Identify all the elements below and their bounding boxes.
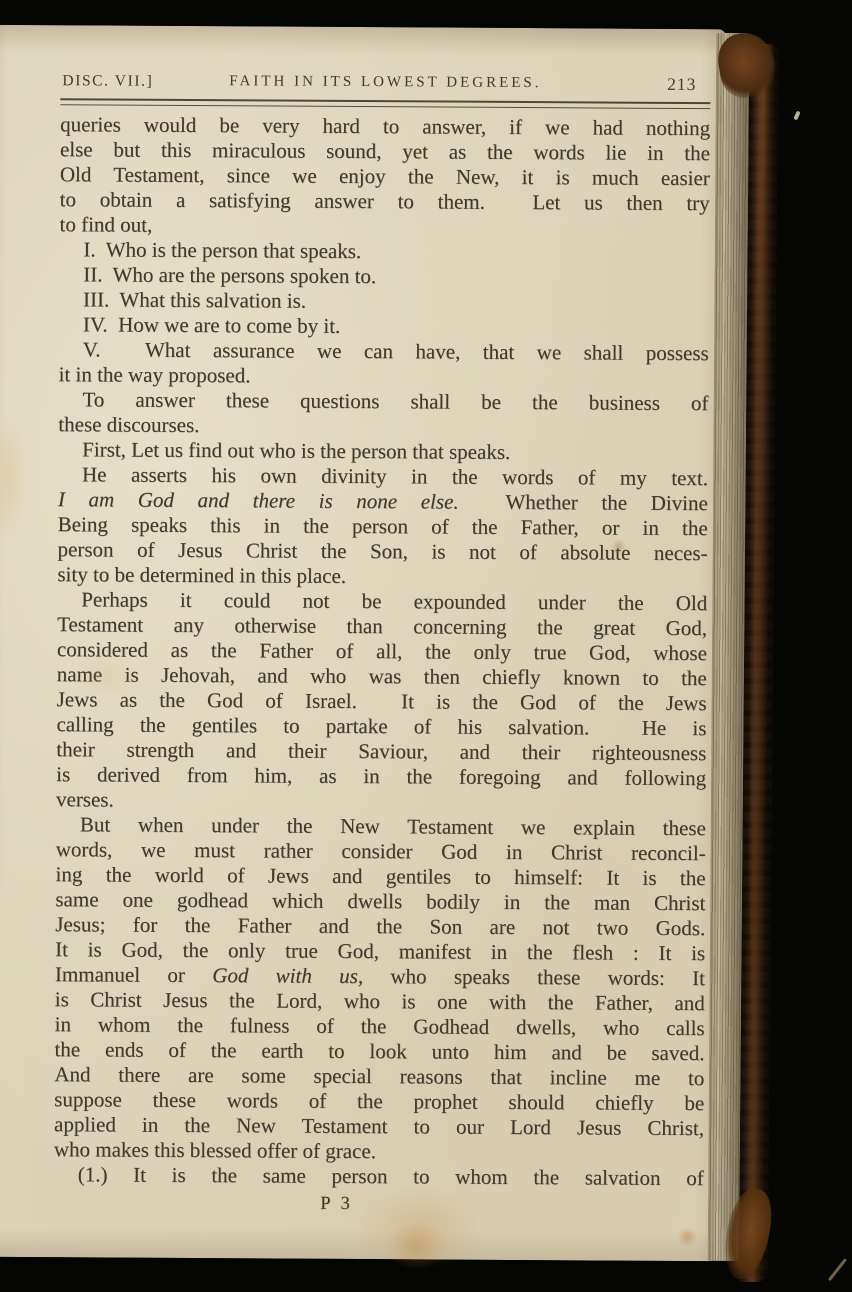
page-header: DISC. VII.] FAITH IN ITS LOWEST DEGREES.… — [60, 69, 710, 101]
text-line: (1.) It is the same person to whom the s… — [54, 1162, 704, 1191]
text-line: to obtain a satisfying answer to them. L… — [60, 187, 710, 216]
foxing-spot — [0, 417, 27, 539]
header-page-number: 213 — [667, 74, 696, 95]
photo-background: DISC. VII.] FAITH IN ITS LOWEST DEGREES.… — [0, 0, 852, 1292]
body-text: queries would be very hard to answer, if… — [54, 112, 711, 1191]
header-running-title: FAITH IN ITS LOWEST DEGREES. — [60, 72, 710, 93]
foxing-spot — [677, 1227, 697, 1247]
foxing-spot — [386, 1223, 446, 1269]
dust-speck — [828, 1258, 847, 1281]
signature-mark: P 3 — [12, 1192, 662, 1217]
dust-speck — [793, 111, 800, 121]
page-content: DISC. VII.] FAITH IN ITS LOWEST DEGREES.… — [54, 69, 711, 1217]
book-page: DISC. VII.] FAITH IN ITS LOWEST DEGREES.… — [0, 25, 727, 1261]
text-line: is derived from him, as in the foregoing… — [56, 762, 706, 791]
